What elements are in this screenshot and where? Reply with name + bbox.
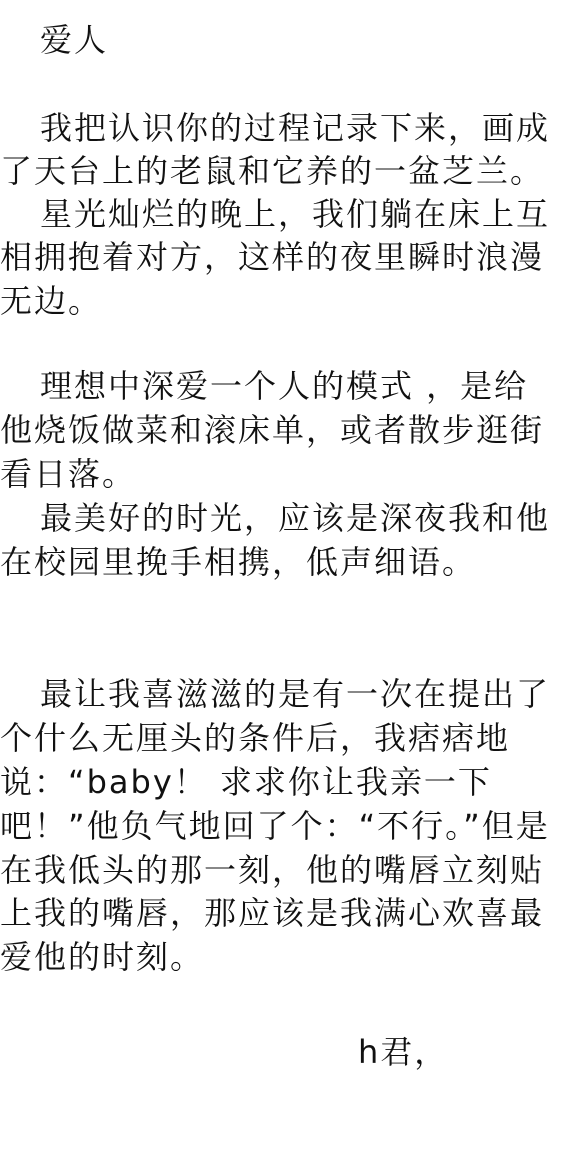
text-line: 爱他的时刻。 [0, 935, 204, 979]
text-line: 了天台上的老鼠和它养的一盆芝兰。 [0, 149, 544, 193]
text-line: 他烧饭做菜和滚床单，或者散步逛街 [0, 408, 544, 452]
text-line: 在校园里挽手相携，低声细语。 [0, 540, 476, 584]
text-line: 说：“baby！ 求求你让我亲一下 [0, 760, 492, 804]
text-line: 在我低头的那一刻，他的嘴唇立刻贴 [0, 848, 544, 892]
letter-title: 爱人 [40, 18, 108, 62]
text-line: 相拥抱着对方，这样的夜里瞬时浪漫 [0, 235, 544, 279]
text-line: 最让我喜滋滋的是有一次在提出了 [40, 672, 550, 716]
text-line: 吧！”他负气地回了个：“不行。”但是 [0, 804, 550, 848]
text-line: 最美好的时光，应该是深夜我和他 [40, 496, 550, 540]
text-line: 看日落。 [0, 452, 136, 496]
text-line: 上我的嘴唇，那应该是我满心欢喜最 [0, 891, 544, 935]
text-line: 个什么无厘头的条件后，我痞痞地 [0, 716, 510, 760]
text-line: 无边。 [0, 279, 102, 323]
text-line: 理想中深爱一个人的模式 ，是给 [40, 364, 528, 408]
text-line: 我把认识你的过程记录下来，画成 [40, 106, 550, 150]
text-line: 星光灿烂的晚上，我们躺在床上互 [40, 192, 550, 236]
letter-signature: h君， [358, 1030, 448, 1074]
